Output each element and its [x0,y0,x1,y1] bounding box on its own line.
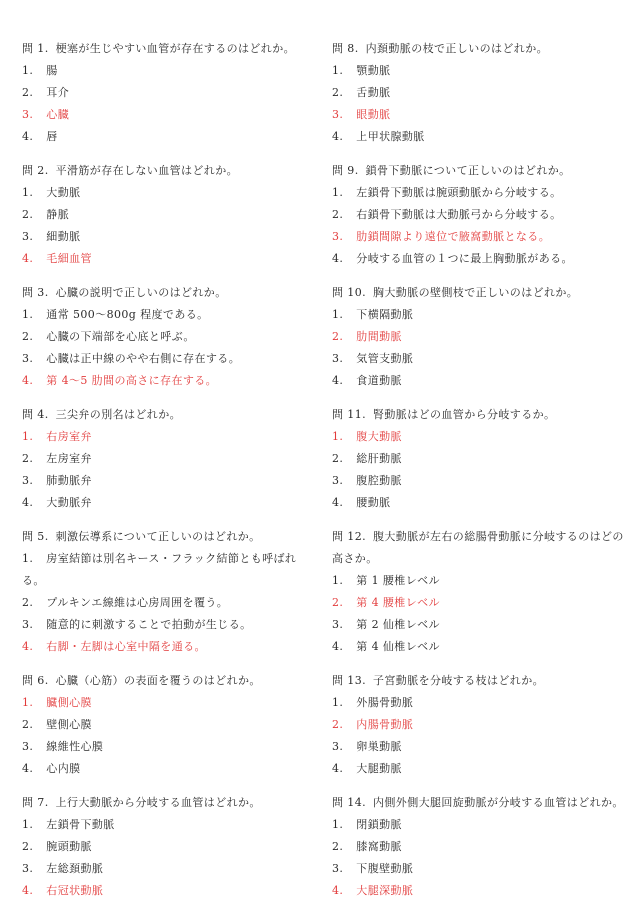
question-heading: 問 12.腹大動脈が左右の総腸骨動脈に分岐するのはどの高さか。 [332,526,626,570]
question-title: 心臓の説明で正しいのはどれか。 [56,286,227,299]
option: 4.大腿動脈 [332,758,626,780]
question-number: 問 11. [332,408,366,421]
option-number: 3. [22,108,33,121]
option-number: 3. [22,618,33,631]
option-text: 右鎖骨下動脈は大動脈弓から分岐する。 [356,208,561,221]
option: 1.左鎖骨下動脈は腕頭動脈から分岐する。 [332,182,626,204]
option: 4.大動脈弁 [22,492,316,514]
option-text: 左鎖骨下動脈は腕頭動脈から分岐する。 [356,186,561,199]
question-heading: 問 8.内頚動脈の枝で正しいのはどれか。 [332,38,626,60]
answer-option: 4.第 4～5 肋間の高さに存在する。 [22,370,316,392]
option-number: 4. [332,374,343,387]
question-title: 腹大動脈が左右の総腸骨動脈に分岐するのはどの高さか。 [332,530,624,565]
question-heading: 問 6.心臓（心筋）の表面を覆うのはどれか。 [22,670,316,692]
question-heading: 問 9.鎖骨下動脈について正しいのはどれか。 [332,160,626,182]
option: 1.外腸骨動脈 [332,692,626,714]
option-text: 気管支動脈 [356,352,413,365]
question-title: 梗塞が生じやすい血管が存在するのはどれか。 [56,42,295,55]
option-number: 2. [22,208,33,221]
option-text: 閉鎖動脈 [356,818,402,831]
option-number: 2. [332,718,343,731]
option-text: 心臓 [46,108,69,121]
option-text: 細動脈 [46,230,80,243]
question-block: 問 11.腎動脈はどの血管から分岐するか。1.腹大動脈2.総肝動脈3.腹腔動脈4… [332,404,626,514]
option-text: 右脚・左脚は心室中隔を通る。 [46,640,206,653]
option: 1.通常 500～800g 程度である。 [22,304,316,326]
option-text: 腰動脈 [356,496,390,509]
answer-option: 2.内腸骨動脈 [332,714,626,736]
option-number: 4. [22,252,33,265]
question-title: 三尖弁の別名はどれか。 [56,408,181,421]
option: 4.腰動脈 [332,492,626,514]
question-number: 問 12. [332,530,366,543]
option: 2.腕頭動脈 [22,836,316,858]
option-text: 大腿深動脈 [356,884,413,897]
question-column-right: 問 8.内頚動脈の枝で正しいのはどれか。1.顎動脈2.舌動脈3.眼動脈4.上甲状… [332,38,626,923]
question-heading: 問 13.子宮動脈を分岐する枝はどれか。 [332,670,626,692]
option: 4.分岐する血管の１つに最上胸動脈がある。 [332,248,626,270]
question-number: 問 10. [332,286,366,299]
question-number: 問 9. [332,164,359,177]
option: 4.第 4 仙椎レベル [332,636,626,658]
option-text: 右房室弁 [46,430,92,443]
question-block: 問 3.心臓の説明で正しいのはどれか。1.通常 500～800g 程度である。2… [22,282,316,392]
answer-option: 3.心臓 [22,104,316,126]
answer-option: 1.臓側心膜 [22,692,316,714]
option: 3.随意的に刺激することで拍動が生じる。 [22,614,316,636]
option-number: 2. [22,596,33,609]
option-text: 外腸骨動脈 [356,696,413,709]
option-text: 食道動脈 [356,374,402,387]
option-text: 心内膜 [46,762,80,775]
option-number: 1. [332,696,343,709]
option-text: 静脈 [46,208,69,221]
option-text: 第 4 仙椎レベル [356,640,440,653]
option-number: 3. [332,740,343,753]
option: 2.左房室弁 [22,448,316,470]
question-number: 問 8. [332,42,359,55]
option-text: 舌動脈 [356,86,390,99]
option: 3.卵巣動脈 [332,736,626,758]
option-text: 心臓の下端部を心底と呼ぶ。 [46,330,194,343]
option-text: 毛細血管 [46,252,92,265]
option: 2.耳介 [22,82,316,104]
option-number: 2. [332,208,343,221]
option-text: 房室結節は別名キース・フラック結節とも呼ばれる。 [22,552,296,587]
option: 2.右鎖骨下動脈は大動脈弓から分岐する。 [332,204,626,226]
option-number: 1. [332,430,343,443]
question-number: 問 3. [22,286,49,299]
option-number: 2. [332,840,343,853]
question-heading: 問 7.上行大動脈から分岐する血管はどれか。 [22,792,316,814]
quiz-document: 問 1.梗塞が生じやすい血管が存在するのはどれか。1.腸2.耳介3.心臓4.唇問… [0,0,632,923]
question-number: 問 4. [22,408,49,421]
option-text: 大腿動脈 [356,762,402,775]
option: 2.静脈 [22,204,316,226]
option-number: 4. [332,640,343,653]
question-block: 問 13.子宮動脈を分岐する枝はどれか。1.外腸骨動脈2.内腸骨動脈3.卵巣動脈… [332,670,626,780]
answer-option: 4.大腿深動脈 [332,880,626,902]
option-number: 1. [332,818,343,831]
option: 4.心内膜 [22,758,316,780]
option: 3.心臓は正中線のやや右側に存在する。 [22,348,316,370]
option-number: 3. [332,474,343,487]
question-heading: 問 1.梗塞が生じやすい血管が存在するのはどれか。 [22,38,316,60]
option-number: 4. [22,640,33,653]
question-block: 問 9.鎖骨下動脈について正しいのはどれか。1.左鎖骨下動脈は腕頭動脈から分岐す… [332,160,626,270]
option-number: 2. [22,330,33,343]
option-text: 下横隔動脈 [356,308,413,321]
option-number: 3. [332,230,343,243]
option: 2.膝窩動脈 [332,836,626,858]
option-text: 左鎖骨下動脈 [46,818,114,831]
option-text: 壁側心膜 [46,718,92,731]
option-text: 第 4 腰椎レベル [356,596,440,609]
answer-option: 2.第 4 腰椎レベル [332,592,626,614]
option-number: 4. [332,252,343,265]
option: 4.上甲状腺動脈 [332,126,626,148]
option-number: 1. [22,308,33,321]
question-number: 問 14. [332,796,366,809]
question-block: 問 4.三尖弁の別名はどれか。1.右房室弁2.左房室弁3.肺動脈弁4.大動脈弁 [22,404,316,514]
option-number: 4. [22,496,33,509]
question-block: 問 6.心臓（心筋）の表面を覆うのはどれか。1.臓側心膜2.壁側心膜3.線維性心… [22,670,316,780]
question-number: 問 2. [22,164,49,177]
option: 3.気管支動脈 [332,348,626,370]
option-number: 4. [332,130,343,143]
option: 2.舌動脈 [332,82,626,104]
option-number: 1. [22,696,33,709]
question-block: 問 1.梗塞が生じやすい血管が存在するのはどれか。1.腸2.耳介3.心臓4.唇 [22,38,316,148]
option-number: 4. [22,762,33,775]
question-block: 問 8.内頚動脈の枝で正しいのはどれか。1.顎動脈2.舌動脈3.眼動脈4.上甲状… [332,38,626,148]
question-number: 問 6. [22,674,49,687]
option-text: 通常 500～800g 程度である。 [46,308,208,321]
option-number: 2. [22,840,33,853]
option-text: 肺動脈弁 [46,474,92,487]
option-number: 2. [332,452,343,465]
option-number: 2. [22,452,33,465]
option-number: 4. [332,496,343,509]
option-number: 4. [22,374,33,387]
question-heading: 問 3.心臓の説明で正しいのはどれか。 [22,282,316,304]
option-text: 肋間動脈 [356,330,402,343]
question-block: 問 5.刺激伝導系について正しいのはどれか。1.房室結節は別名キース・フラック結… [22,526,316,658]
option-text: 唇 [46,130,57,143]
option: 1.閉鎖動脈 [332,814,626,836]
option-number: 4. [22,130,33,143]
question-block: 問 10.胸大動脈の壁側枝で正しいのはどれか。1.下横隔動脈2.肋間動脈3.気管… [332,282,626,392]
question-heading: 問 2.平滑筋が存在しない血管はどれか。 [22,160,316,182]
question-block: 問 12.腹大動脈が左右の総腸骨動脈に分岐するのはどの高さか。1.第 1 腰椎レ… [332,526,626,658]
option-number: 2. [22,718,33,731]
option-text: 左房室弁 [46,452,92,465]
option-text: 総肝動脈 [356,452,402,465]
option-number: 1. [332,186,343,199]
option-text: 卵巣動脈 [356,740,402,753]
option-text: 線維性心膜 [46,740,103,753]
question-block: 問 14.内側外側大腿回旋動脈が分岐する血管はどれか。1.閉鎖動脈2.膝窩動脈3… [332,792,626,902]
option-number: 3. [22,740,33,753]
option-number: 2. [332,86,343,99]
answer-option: 4.右脚・左脚は心室中隔を通る。 [22,636,316,658]
option-number: 1. [22,552,33,565]
option-text: 大動脈 [46,186,80,199]
option: 3.腹腔動脈 [332,470,626,492]
option-text: 腹腔動脈 [356,474,402,487]
option-text: 膝窩動脈 [356,840,402,853]
option-text: 顎動脈 [356,64,390,77]
option-text: 腕頭動脈 [46,840,92,853]
option: 2.総肝動脈 [332,448,626,470]
option: 3.下腹壁動脈 [332,858,626,880]
option: 3.左総頚動脈 [22,858,316,880]
question-block: 問 7.上行大動脈から分岐する血管はどれか。1.左鎖骨下動脈2.腕頭動脈3.左総… [22,792,316,902]
option-text: 肋鎖間隙より遠位で腋窩動脈となる。 [356,230,550,243]
option-number: 3. [22,474,33,487]
answer-option: 4.毛細血管 [22,248,316,270]
question-title: 子宮動脈を分岐する枝はどれか。 [373,674,544,687]
question-title: 胸大動脈の壁側枝で正しいのはどれか。 [373,286,578,299]
option-text: 眼動脈 [356,108,390,121]
question-block: 問 2.平滑筋が存在しない血管はどれか。1.大動脈2.静脈3.細動脈4.毛細血管 [22,160,316,270]
option-number: 3. [332,352,343,365]
option: 3.細動脈 [22,226,316,248]
question-title: 内頚動脈の枝で正しいのはどれか。 [366,42,548,55]
answer-option: 1.右房室弁 [22,426,316,448]
question-title: 心臓（心筋）の表面を覆うのはどれか。 [56,674,261,687]
option-text: 随意的に刺激することで拍動が生じる。 [46,618,251,631]
option-text: 下腹壁動脈 [356,862,413,875]
option-number: 1. [22,818,33,831]
question-title: 鎖骨下動脈について正しいのはどれか。 [366,164,571,177]
question-heading: 問 11.腎動脈はどの血管から分岐するか。 [332,404,626,426]
option-number: 1. [332,308,343,321]
question-title: 上行大動脈から分岐する血管はどれか。 [56,796,261,809]
question-title: 刺激伝導系について正しいのはどれか。 [56,530,261,543]
option-text: 大動脈弁 [46,496,92,509]
option: 1.左鎖骨下動脈 [22,814,316,836]
option-text: 第 1 腰椎レベル [356,574,440,587]
option: 1.顎動脈 [332,60,626,82]
option-text: 第 4～5 肋間の高さに存在する。 [46,374,217,387]
option-number: 3. [332,862,343,875]
option-text: 耳介 [46,86,69,99]
option-text: 上甲状腺動脈 [356,130,424,143]
question-heading: 問 14.内側外側大腿回旋動脈が分岐する血管はどれか。 [332,792,626,814]
question-column-left: 問 1.梗塞が生じやすい血管が存在するのはどれか。1.腸2.耳介3.心臓4.唇問… [22,38,316,923]
answer-option: 2.肋間動脈 [332,326,626,348]
option-number: 1. [22,64,33,77]
question-heading: 問 10.胸大動脈の壁側枝で正しいのはどれか。 [332,282,626,304]
option-number: 4. [332,884,343,897]
question-number: 問 13. [332,674,366,687]
option: 4.食道動脈 [332,370,626,392]
option: 1.腸 [22,60,316,82]
answer-option: 4.右冠状動脈 [22,880,316,902]
answer-option: 3.眼動脈 [332,104,626,126]
question-title: 平滑筋が存在しない血管はどれか。 [56,164,238,177]
answer-option: 3.肋鎖間隙より遠位で腋窩動脈となる。 [332,226,626,248]
question-heading: 問 4.三尖弁の別名はどれか。 [22,404,316,426]
answer-option: 1.腹大動脈 [332,426,626,448]
option: 2.壁側心膜 [22,714,316,736]
option-text: 心臓は正中線のやや右側に存在する。 [46,352,240,365]
option-text: 内腸骨動脈 [356,718,413,731]
option-text: プルキンエ線維は心房周囲を覆う。 [46,596,228,609]
option-text: 腹大動脈 [356,430,402,443]
option-number: 2. [22,86,33,99]
option-text: 第 2 仙椎レベル [356,618,440,631]
option-number: 3. [332,108,343,121]
option-number: 3. [22,352,33,365]
option: 1.第 1 腰椎レベル [332,570,626,592]
option-number: 1. [22,186,33,199]
option: 3.第 2 仙椎レベル [332,614,626,636]
option-text: 腸 [46,64,57,77]
option: 2.プルキンエ線維は心房周囲を覆う。 [22,592,316,614]
option-text: 臓側心膜 [46,696,92,709]
option: 2.心臓の下端部を心底と呼ぶ。 [22,326,316,348]
option: 1.房室結節は別名キース・フラック結節とも呼ばれる。 [22,548,316,592]
question-number: 問 5. [22,530,49,543]
option-number: 2. [332,330,343,343]
option-number: 3. [22,230,33,243]
option: 3.線維性心膜 [22,736,316,758]
option-number: 3. [332,618,343,631]
question-heading: 問 5.刺激伝導系について正しいのはどれか。 [22,526,316,548]
option-number: 3. [22,862,33,875]
question-number: 問 1. [22,42,49,55]
option-number: 1. [22,430,33,443]
option-number: 4. [22,884,33,897]
option: 1.大動脈 [22,182,316,204]
option: 4.唇 [22,126,316,148]
option-number: 4. [332,762,343,775]
option: 1.下横隔動脈 [332,304,626,326]
option: 3.肺動脈弁 [22,470,316,492]
option-number: 2. [332,596,343,609]
option-text: 右冠状動脈 [46,884,103,897]
option-text: 左総頚動脈 [46,862,103,875]
question-title: 腎動脈はどの血管から分岐するか。 [373,408,555,421]
option-number: 1. [332,574,343,587]
question-number: 問 7. [22,796,49,809]
option-text: 分岐する血管の１つに最上胸動脈がある。 [356,252,573,265]
question-title: 内側外側大腿回旋動脈が分岐する血管はどれか。 [373,796,624,809]
option-number: 1. [332,64,343,77]
